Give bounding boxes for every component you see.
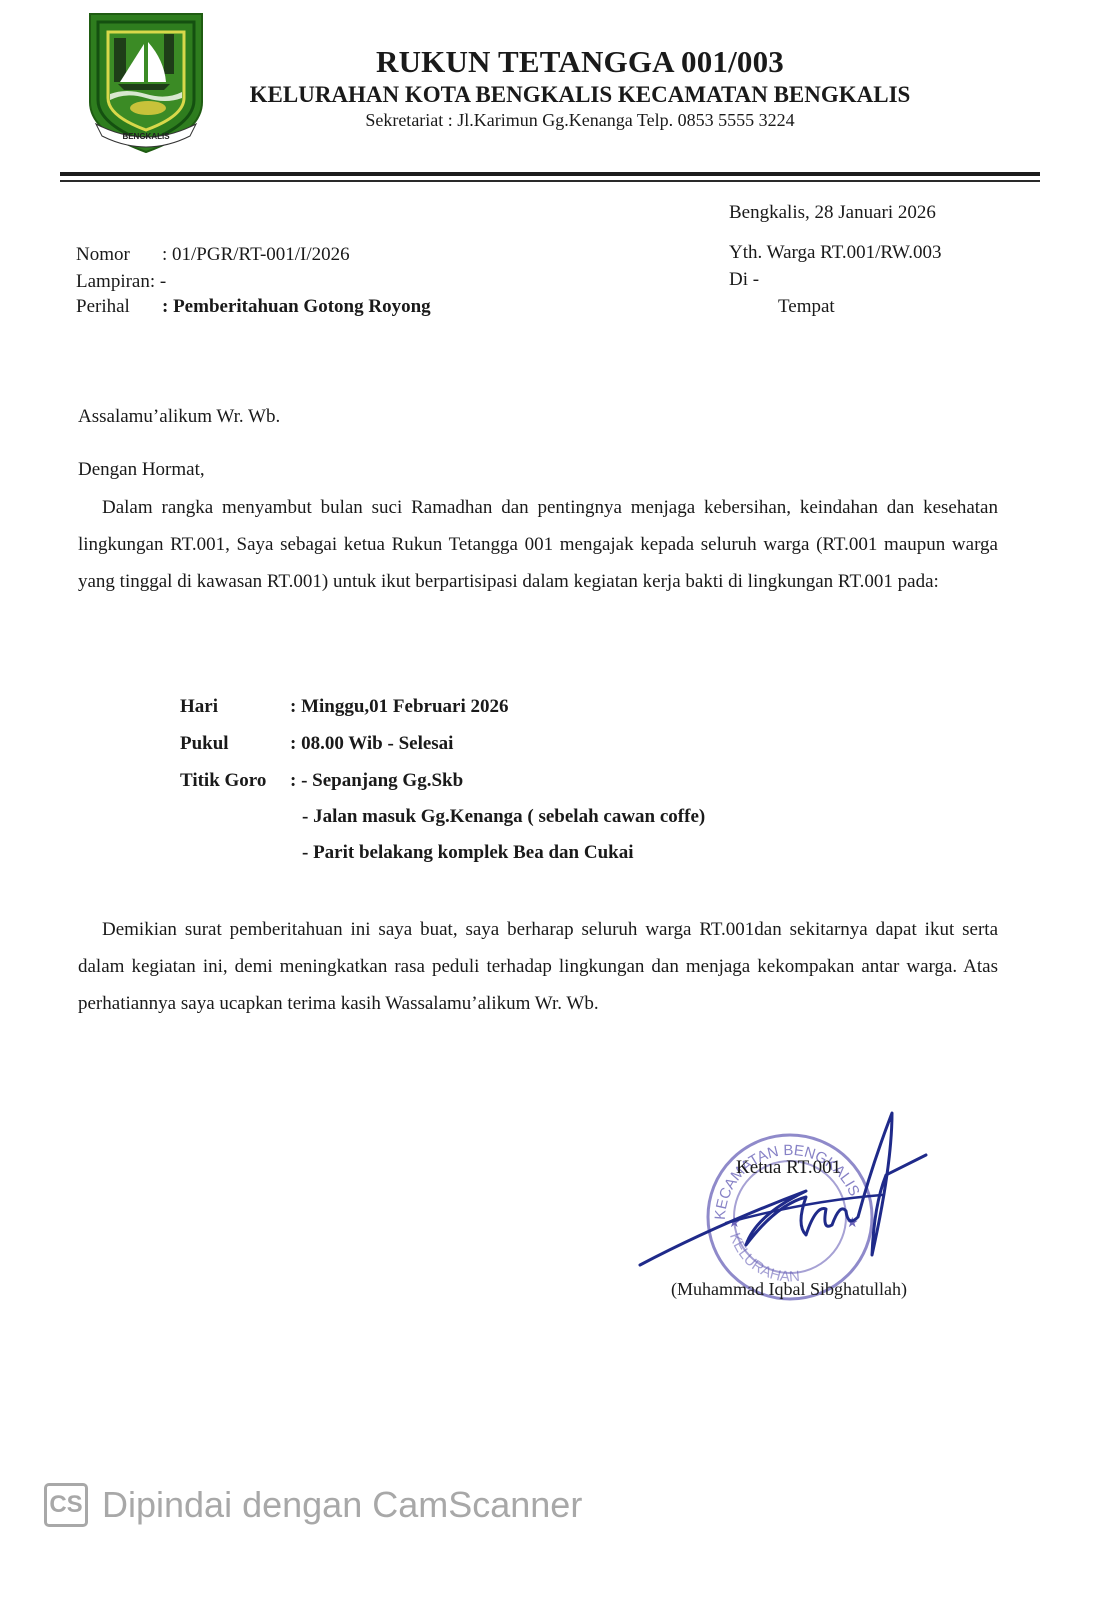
- place-date: Bengkalis, 28 Januari 2026: [729, 200, 936, 226]
- body-paragraph-1: Dalam rangka menyambut bulan suci Ramadh…: [78, 489, 998, 600]
- letterhead-divider-thick: [60, 172, 1040, 176]
- camscanner-watermark: CS Dipindai dengan CamScanner: [44, 1480, 582, 1530]
- watermark-text: Dipindai dengan CamScanner: [102, 1484, 582, 1526]
- bengkalis-emblem-logo: BENGKALIS: [86, 12, 206, 154]
- letterhead-divider-thin: [60, 180, 1040, 182]
- meta-nomor: Nomor: 01/PGR/RT-001/I/2026: [76, 244, 350, 266]
- perihal-label: Perihal: [76, 296, 162, 318]
- schedule-pukul: Pukul: 08.00 Wib - Selesai: [180, 733, 453, 755]
- perihal-value: : Pemberitahuan Gotong Royong: [162, 296, 431, 317]
- camscanner-logo-icon: CS: [44, 1483, 88, 1527]
- svg-text:BENGKALIS: BENGKALIS: [122, 132, 170, 141]
- body-paragraph-2: Demikian surat pemberitahuan ini saya bu…: [78, 911, 998, 1022]
- signatory-name: (Muhammad Iqbal Sibghatullah): [671, 1276, 907, 1302]
- location-item: - Parit belakang komplek Bea dan Cukai: [302, 842, 634, 864]
- meta-perihal: Perihal: Pemberitahuan Gotong Royong: [76, 296, 431, 318]
- letterhead-subtitle: KELURAHAN KOTA BENGKALIS KECAMATAN BENGK…: [210, 82, 950, 108]
- greeting: Assalamu’alikum Wr. Wb.: [78, 404, 280, 430]
- lampiran-label: Lampiran: [76, 271, 150, 292]
- hari-label: Hari: [180, 696, 290, 718]
- pukul-value: : 08.00 Wib - Selesai: [290, 733, 453, 754]
- handwritten-signature: [636, 1105, 936, 1275]
- letterhead-address: Sekretariat : Jl.Karimun Gg.Kenanga Telp…: [210, 110, 950, 131]
- recipient-tempat: Tempat: [778, 294, 835, 320]
- nomor-value: : 01/PGR/RT-001/I/2026: [162, 244, 350, 265]
- meta-lampiran: Lampiran: -: [76, 271, 166, 293]
- hari-value: : Minggu,01 Februari 2026: [290, 696, 509, 717]
- nomor-label: Nomor: [76, 244, 162, 266]
- recipient-di: Di -: [729, 267, 759, 293]
- location-item: - Jalan masuk Gg.Kenanga ( sebelah cawan…: [302, 806, 705, 828]
- location-item: : - Sepanjang Gg.Skb: [290, 770, 463, 791]
- lampiran-value: : -: [150, 271, 166, 292]
- salutation: Dengan Hormat,: [78, 457, 205, 483]
- recipient-line: Yth. Warga RT.001/RW.003: [729, 240, 942, 266]
- letterhead-title: RUKUN TETANGGA 001/003: [210, 44, 950, 80]
- schedule-hari: Hari: Minggu,01 Februari 2026: [180, 696, 509, 718]
- pukul-label: Pukul: [180, 733, 290, 755]
- titik-label: Titik Goro: [180, 770, 290, 792]
- schedule-titik: Titik Goro: - Sepanjang Gg.Skb: [180, 770, 463, 792]
